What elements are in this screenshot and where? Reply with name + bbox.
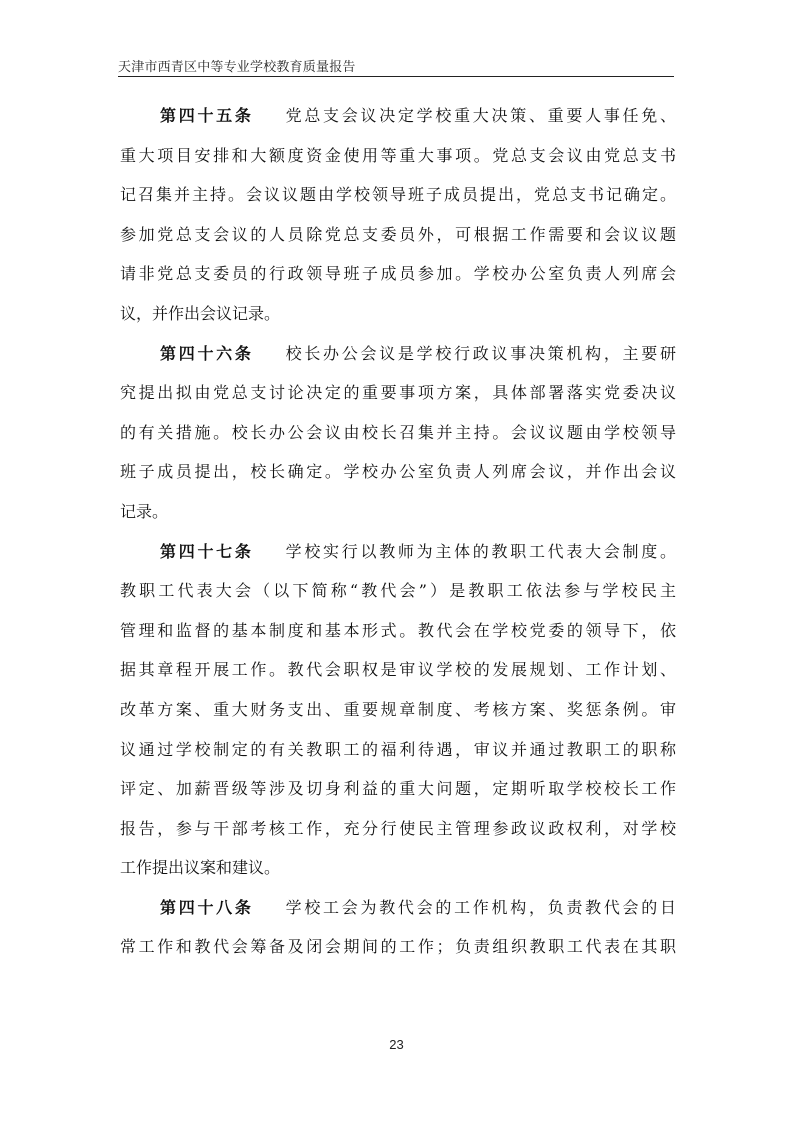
article-line: 的有关措施。校长办公会议由校长召集并主持。会议议题由学校领导: [120, 420, 676, 460]
article-line: 议通过学校制定的有关教职工的福利待遇，审议并通过教职工的职称: [120, 737, 676, 777]
article-line: 常工作和教代会筹备及闭会期间的工作；负责组织教职工代表在其职: [120, 934, 676, 974]
article-line: 议，并作出会议记录。: [120, 301, 676, 341]
article-first-line: 第四十八条学校工会为教代会的工作机构，负责教代会的日: [120, 895, 676, 935]
header-title: 天津市西青区中等专业学校教育质量报告: [118, 56, 356, 75]
article-text: 学校工会为教代会的工作机构，负责教代会的日: [286, 898, 676, 917]
article-number: 第四十八条: [160, 898, 254, 917]
article-text: 学校实行以教师为主体的教职工代表大会制度。: [286, 542, 676, 561]
article-46: 第四十六条校长办公会议是学校行政议事决策机构，主要研 究提出拟由党总支讨论决定的…: [120, 341, 676, 539]
article-48: 第四十八条学校工会为教代会的工作机构，负责教代会的日 常工作和教代会筹备及闭会期…: [120, 895, 676, 974]
article-text: 党总支会议决定学校重大决策、重要人事任免、: [286, 106, 676, 125]
article-first-line: 第四十七条学校实行以教师为主体的教职工代表大会制度。: [120, 539, 676, 579]
article-line: 报告，参与干部考核工作，充分行使民主管理参政议政权利，对学校: [120, 816, 676, 856]
article-line: 记录。: [120, 499, 676, 539]
article-line: 评定、加薪晋级等涉及切身利益的重大问题，定期听取学校校长工作: [120, 776, 676, 816]
article-line: 参加党总支会议的人员除党总支委员外，可根据工作需要和会议议题: [120, 222, 676, 262]
article-first-line: 第四十五条党总支会议决定学校重大决策、重要人事任免、: [120, 103, 676, 143]
article-line: 改革方案、重大财务支出、重要规章制度、考核方案、奖惩条例。审: [120, 697, 676, 737]
article-number: 第四十六条: [160, 344, 254, 363]
article-first-line: 第四十六条校长办公会议是学校行政议事决策机构，主要研: [120, 341, 676, 381]
article-line: 重大项目安排和大额度资金使用等重大事项。党总支会议由党总支书: [120, 143, 676, 183]
article-line: 请非党总支委员的行政领导班子成员参加。学校办公室负责人列席会: [120, 261, 676, 301]
article-text: 校长办公会议是学校行政议事决策机构，主要研: [286, 344, 676, 363]
article-line: 班子成员提出，校长确定。学校办公室负责人列席会议，并作出会议: [120, 459, 676, 499]
article-line: 管理和监督的基本制度和基本形式。教代会在学校党委的领导下，依: [120, 618, 676, 658]
document-body: 第四十五条党总支会议决定学校重大决策、重要人事任免、 重大项目安排和大额度资金使…: [120, 103, 676, 974]
article-line: 据其章程开展工作。教代会职权是审议学校的发展规划、工作计划、: [120, 657, 676, 697]
article-number: 第四十五条: [160, 106, 254, 125]
page-number: 23: [0, 1037, 793, 1052]
article-line: 究提出拟由党总支讨论决定的重要事项方案，具体部署落实党委决议: [120, 380, 676, 420]
article-line: 记召集并主持。会议议题由学校领导班子成员提出，党总支书记确定。: [120, 182, 676, 222]
article-number: 第四十七条: [160, 542, 254, 561]
article-line: 工作提出议案和建议。: [120, 855, 676, 895]
article-47: 第四十七条学校实行以教师为主体的教职工代表大会制度。 教职工代表大会（以下简称“…: [120, 539, 676, 895]
article-line: 教职工代表大会（以下简称“教代会”）是教职工依法参与学校民主: [120, 578, 676, 618]
page-header: 天津市西青区中等专业学校教育质量报告: [118, 54, 674, 77]
article-45: 第四十五条党总支会议决定学校重大决策、重要人事任免、 重大项目安排和大额度资金使…: [120, 103, 676, 341]
